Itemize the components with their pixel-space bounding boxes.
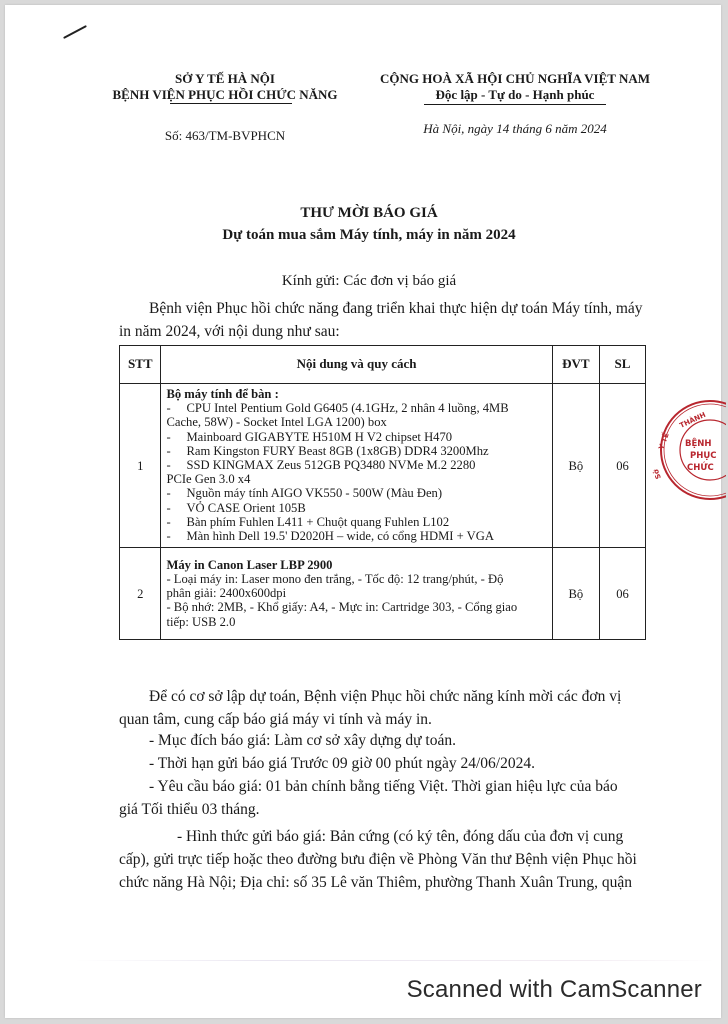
specification-table: STT Nội dung và quy cách ĐVT SL 1 Bộ máy… [119, 345, 646, 640]
spec-line: PCIe Gen 3.0 x4 [166, 472, 547, 486]
spec-line: Bàn phím Fuhlen L411 + Chuột quang Fuhle… [186, 515, 449, 529]
spec-line: SSD KINGMAX Zeus 512GB PQ3480 NVMe M.2 2… [186, 458, 475, 472]
invitation-paragraph: Để có cơ sở lập dự toán, Bệnh viện Phục … [119, 685, 649, 731]
spec-line: - Loại máy in: Laser mono đen trắng, - T… [166, 572, 547, 586]
row-qty: 06 [599, 548, 645, 640]
intro-paragraph: Bệnh viện Phục hồi chức năng đang triển … [119, 297, 649, 343]
national-header: CỘNG HOÀ XÃ HỘI CHỦ NGHĨA VIỆT NAM Độc l… [360, 71, 670, 105]
spec-line: Cache, 58W) - Socket Intel LGA 1200) box [166, 415, 547, 429]
document-number: Số: 463/TM-BVPHCN [65, 128, 385, 144]
table-row: 1 Bộ máy tính để bàn : -CPU Intel Pentiu… [120, 384, 646, 548]
row-unit: Bộ [552, 548, 599, 640]
spec-line: VỎ CASE Orient 105B [186, 501, 305, 515]
svg-text:CHỨC: CHỨC [687, 461, 714, 473]
scanned-page: SỞ Y TẾ HÀ NỘI BỆNH VIỆN PHỤC HỒI CHỨC N… [5, 5, 721, 1018]
bleed-through-line [75, 960, 715, 961]
row-stt: 1 [120, 384, 161, 548]
deadline-item: - Thời hạn gửi báo giá Trước 09 giờ 00 p… [149, 755, 535, 773]
row-qty: 06 [599, 384, 645, 548]
spec-line: phân giải: 2400x600dpi [166, 586, 547, 600]
official-stamp: THÀNH Y TẾ Sở BỆNH PHỤC CHỨC [650, 398, 726, 502]
agency-name: SỞ Y TẾ HÀ NỘI [65, 71, 385, 87]
spec-line: CPU Intel Pentium Gold G6405 (4.1GHz, 2 … [186, 401, 508, 415]
header-qty: SL [599, 346, 645, 384]
row-content: Máy in Canon Laser LBP 2900 - Loại máy i… [161, 548, 552, 640]
place-date: Hà Nội, ngày 14 tháng 6 năm 2024 [360, 121, 670, 137]
document-title: THƯ MỜI BÁO GIÁ [5, 205, 728, 222]
spec-line: Mainboard GIGABYTE H510M H V2 chipset H4… [186, 430, 452, 444]
spec-line: Ram Kingston FURY Beast 8GB (1x8GB) DDR4… [186, 444, 488, 458]
header-unit: ĐVT [552, 346, 599, 384]
national-motto: Độc lập - Tự do - Hạnh phúc [424, 87, 607, 105]
svg-text:BỆNH: BỆNH [685, 438, 712, 449]
requirement-item-continued: giá Tối thiểu 03 tháng. [119, 801, 259, 819]
table-row: 2 Máy in Canon Laser LBP 2900 - Loại máy… [120, 548, 646, 640]
svg-text:PHỤC: PHỤC [690, 451, 716, 461]
header-stt: STT [120, 346, 161, 384]
row-unit: Bộ [552, 384, 599, 548]
camscanner-watermark: Scanned with CamScanner [407, 976, 702, 1004]
document-subtitle: Dự toán mua sắm Máy tính, máy in năm 202… [5, 227, 728, 244]
spec-line: Nguồn máy tính AIGO VK550 - 500W (Màu Đe… [186, 486, 442, 500]
spec-line: tiếp: USB 2.0 [166, 615, 547, 629]
svg-text:Sở: Sở [652, 468, 663, 480]
item-title: Bộ máy tính để bàn : [166, 387, 547, 401]
item-title: Máy in Canon Laser LBP 2900 [166, 558, 547, 572]
nation-title: CỘNG HOÀ XÃ HỘI CHỦ NGHĨA VIỆT NAM [360, 71, 670, 87]
requirement-item: - Yêu cầu báo giá: 01 bản chính bằng tiế… [149, 778, 649, 796]
stamp-seal-icon: THÀNH Y TẾ Sở BỆNH PHỤC CHỨC [650, 398, 726, 502]
row-content: Bộ máy tính để bàn : -CPU Intel Pentium … [161, 384, 552, 548]
spec-line: - Bộ nhớ: 2MB, - Khổ giấy: A4, - Mực in:… [166, 600, 547, 614]
organization-name: BỆNH VIỆN PHỤC HỒI CHỨC NĂNG [113, 87, 338, 103]
table-header-row: STT Nội dung và quy cách ĐVT SL [120, 346, 646, 384]
issuer-header: SỞ Y TẾ HÀ NỘI BỆNH VIỆN PHỤC HỒI CHỨC N… [65, 71, 385, 103]
purpose-item: - Mục đích báo giá: Làm cơ sở xây dựng d… [149, 732, 456, 750]
row-stt: 2 [120, 548, 161, 640]
spec-line: Màn hình Dell 19.5' D2020H – wide, có cổ… [186, 529, 494, 543]
header-content: Nội dung và quy cách [161, 346, 552, 384]
svg-text:Y TẾ: Y TẾ [655, 431, 671, 452]
salutation: Kính gửi: Các đơn vị báo giá [5, 273, 728, 290]
submission-item: - Hình thức gửi báo giá: Bản cứng (có ký… [119, 825, 649, 894]
pen-mark [63, 25, 87, 39]
